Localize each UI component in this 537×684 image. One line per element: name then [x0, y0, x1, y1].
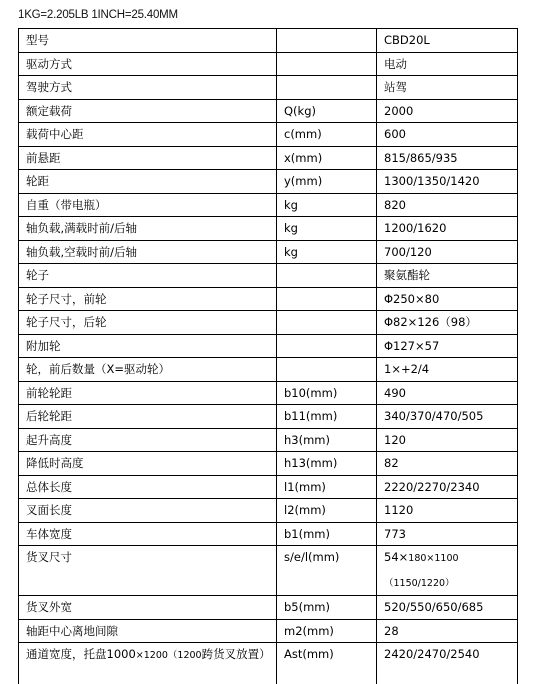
table-row: 轴负载,满载时前/后轴kg1200/1620: [19, 217, 518, 241]
unit-conversion-note: 1KG=2.205LB 1INCH=25.40MM: [18, 9, 178, 21]
spec-label: 轮子尺寸，前轮: [19, 287, 277, 311]
spec-unit: [277, 264, 377, 288]
table-row: 额定载荷Q(kg)2000: [19, 99, 518, 123]
table-row: 后轮轮距b11(mm)340/370/470/505: [19, 405, 518, 429]
spec-value: 520/550/650/685: [377, 596, 518, 620]
spec-value: Φ82×126（98）: [377, 311, 518, 335]
table-row: 轮子尺寸，前轮Φ250×80: [19, 287, 518, 311]
table-row: 载荷中心距c(mm)600: [19, 123, 518, 147]
table-row: 轮，前后数量（X=驱动轮）1×+2/4: [19, 358, 518, 382]
table-row: 前轮轮距b10(mm)490: [19, 381, 518, 405]
table-row: 驾驶方式站驾: [19, 76, 518, 100]
spec-unit: b10(mm): [277, 381, 377, 405]
fork-size-main: 54×: [384, 550, 408, 564]
table-row: 型号CBD20L: [19, 29, 518, 53]
spec-unit: l1(mm): [277, 475, 377, 499]
spec-label: 附加轮: [19, 334, 277, 358]
table-row: 前悬距x(mm)815/865/935: [19, 146, 518, 170]
spec-value: 2000: [377, 99, 518, 123]
spec-value: 1×+2/4: [377, 358, 518, 382]
spec-label: 额定载荷: [19, 99, 277, 123]
table-row: 附加轮Φ127×57: [19, 334, 518, 358]
table-row: 总体长度l1(mm)2220/2270/2340: [19, 475, 518, 499]
table-row: 货叉外宽b5(mm)520/550/650/685: [19, 596, 518, 620]
spec-label: 轮，前后数量（X=驱动轮）: [19, 358, 277, 382]
table-row: 起升高度h3(mm)120: [19, 428, 518, 452]
spec-value: 700/120: [377, 240, 518, 264]
spec-unit: b1(mm): [277, 522, 377, 546]
spec-label: 轮子尺寸，后轮: [19, 311, 277, 335]
spec-label: 型号: [19, 29, 277, 53]
table-row: 通道宽度，托盘1000×1200（1200跨货叉放置） Ast(mm) 2420…: [19, 643, 518, 684]
spec-unit: b5(mm): [277, 596, 377, 620]
table-row: 轴距中心离地间隙m2(mm)28: [19, 619, 518, 643]
spec-value: 28: [377, 619, 518, 643]
table-row: 自重（带电瓶）kg820: [19, 193, 518, 217]
fork-size-options: （1150/1220）: [384, 578, 455, 589]
spec-value: 815/865/935: [377, 146, 518, 170]
spec-label: 总体长度: [19, 475, 277, 499]
table-row: 轮距y(mm)1300/1350/1420: [19, 170, 518, 194]
spec-value: 340/370/470/505: [377, 405, 518, 429]
spec-unit: [277, 29, 377, 53]
spec-unit: [277, 287, 377, 311]
spec-value: 820: [377, 193, 518, 217]
table-row: 轮子尺寸，后轮Φ82×126（98）: [19, 311, 518, 335]
spec-unit: [277, 334, 377, 358]
spec-label: 驱动方式: [19, 52, 277, 76]
spec-value: 600: [377, 123, 518, 147]
spec-value: 1300/1350/1420: [377, 170, 518, 194]
spec-value: 2220/2270/2340: [377, 475, 518, 499]
spec-value: 54×180×1100 （1150/1220）: [377, 546, 518, 596]
spec-value: 聚氨酯轮: [377, 264, 518, 288]
spec-value: 电动: [377, 52, 518, 76]
table-row: 轴负载,空载时前/后轴kg700/120: [19, 240, 518, 264]
spec-value: 1200/1620: [377, 217, 518, 241]
spec-unit: [277, 76, 377, 100]
spec-value: Φ250×80: [377, 287, 518, 311]
spec-unit: [277, 52, 377, 76]
spec-label: 通道宽度，托盘1000×1200（1200跨货叉放置）: [19, 643, 277, 684]
spec-label: 后轮轮距: [19, 405, 277, 429]
spec-label: 轴负载,满载时前/后轴: [19, 217, 277, 241]
spec-label: 前轮轮距: [19, 381, 277, 405]
spec-value: 773: [377, 522, 518, 546]
spec-label: 降低时高度: [19, 452, 277, 476]
spec-label: 载荷中心距: [19, 123, 277, 147]
aisle-width-pallet-size: ×1200（1200: [136, 650, 202, 661]
spec-unit: Q(kg): [277, 99, 377, 123]
spec-unit: kg: [277, 240, 377, 264]
spec-unit: b11(mm): [277, 405, 377, 429]
spec-value: 2420/2470/2540: [377, 643, 518, 684]
table-row: 驱动方式电动: [19, 52, 518, 76]
spec-label: 轴距中心离地间隙: [19, 619, 277, 643]
spec-unit: kg: [277, 193, 377, 217]
spec-label: 货叉外宽: [19, 596, 277, 620]
spec-label: 驾驶方式: [19, 76, 277, 100]
spec-label: 自重（带电瓶）: [19, 193, 277, 217]
fork-size-small: 180×1100: [408, 553, 458, 564]
table-row: 货叉尺寸 s/e/l(mm) 54×180×1100 （1150/1220）: [19, 546, 518, 596]
spec-unit: l2(mm): [277, 499, 377, 523]
spec-value: 490: [377, 381, 518, 405]
spec-table: 型号CBD20L 驱动方式电动 驾驶方式站驾 额定载荷Q(kg)2000 载荷中…: [18, 28, 518, 684]
table-row: 轮子聚氨酯轮: [19, 264, 518, 288]
spec-unit: s/e/l(mm): [277, 546, 377, 596]
table-row: 叉面长度l2(mm)1120: [19, 499, 518, 523]
spec-label: 叉面长度: [19, 499, 277, 523]
spec-value: Φ127×57: [377, 334, 518, 358]
spec-value: 82: [377, 452, 518, 476]
spec-label: 前悬距: [19, 146, 277, 170]
spec-unit: h13(mm): [277, 452, 377, 476]
spec-label: 轴负载,空载时前/后轴: [19, 240, 277, 264]
spec-unit: kg: [277, 217, 377, 241]
spec-value: 120: [377, 428, 518, 452]
spec-unit: x(mm): [277, 146, 377, 170]
spec-unit: Ast(mm): [277, 643, 377, 684]
spec-unit: [277, 311, 377, 335]
spec-label: 起升高度: [19, 428, 277, 452]
spec-label: 轮距: [19, 170, 277, 194]
spec-unit: h3(mm): [277, 428, 377, 452]
spec-value: 1120: [377, 499, 518, 523]
table-row: 降低时高度h13(mm)82: [19, 452, 518, 476]
spec-unit: y(mm): [277, 170, 377, 194]
spec-value: CBD20L: [377, 29, 518, 53]
spec-unit: c(mm): [277, 123, 377, 147]
spec-value: 站驾: [377, 76, 518, 100]
spec-label: 货叉尺寸: [19, 546, 277, 596]
spec-label: 轮子: [19, 264, 277, 288]
aisle-width-label: 通道宽度，托盘1000: [26, 647, 136, 661]
aisle-width-label-tail: 跨货叉放置）: [202, 647, 271, 661]
spec-label: 车体宽度: [19, 522, 277, 546]
spec-unit: [277, 358, 377, 382]
spec-unit: m2(mm): [277, 619, 377, 643]
table-row: 车体宽度b1(mm)773: [19, 522, 518, 546]
